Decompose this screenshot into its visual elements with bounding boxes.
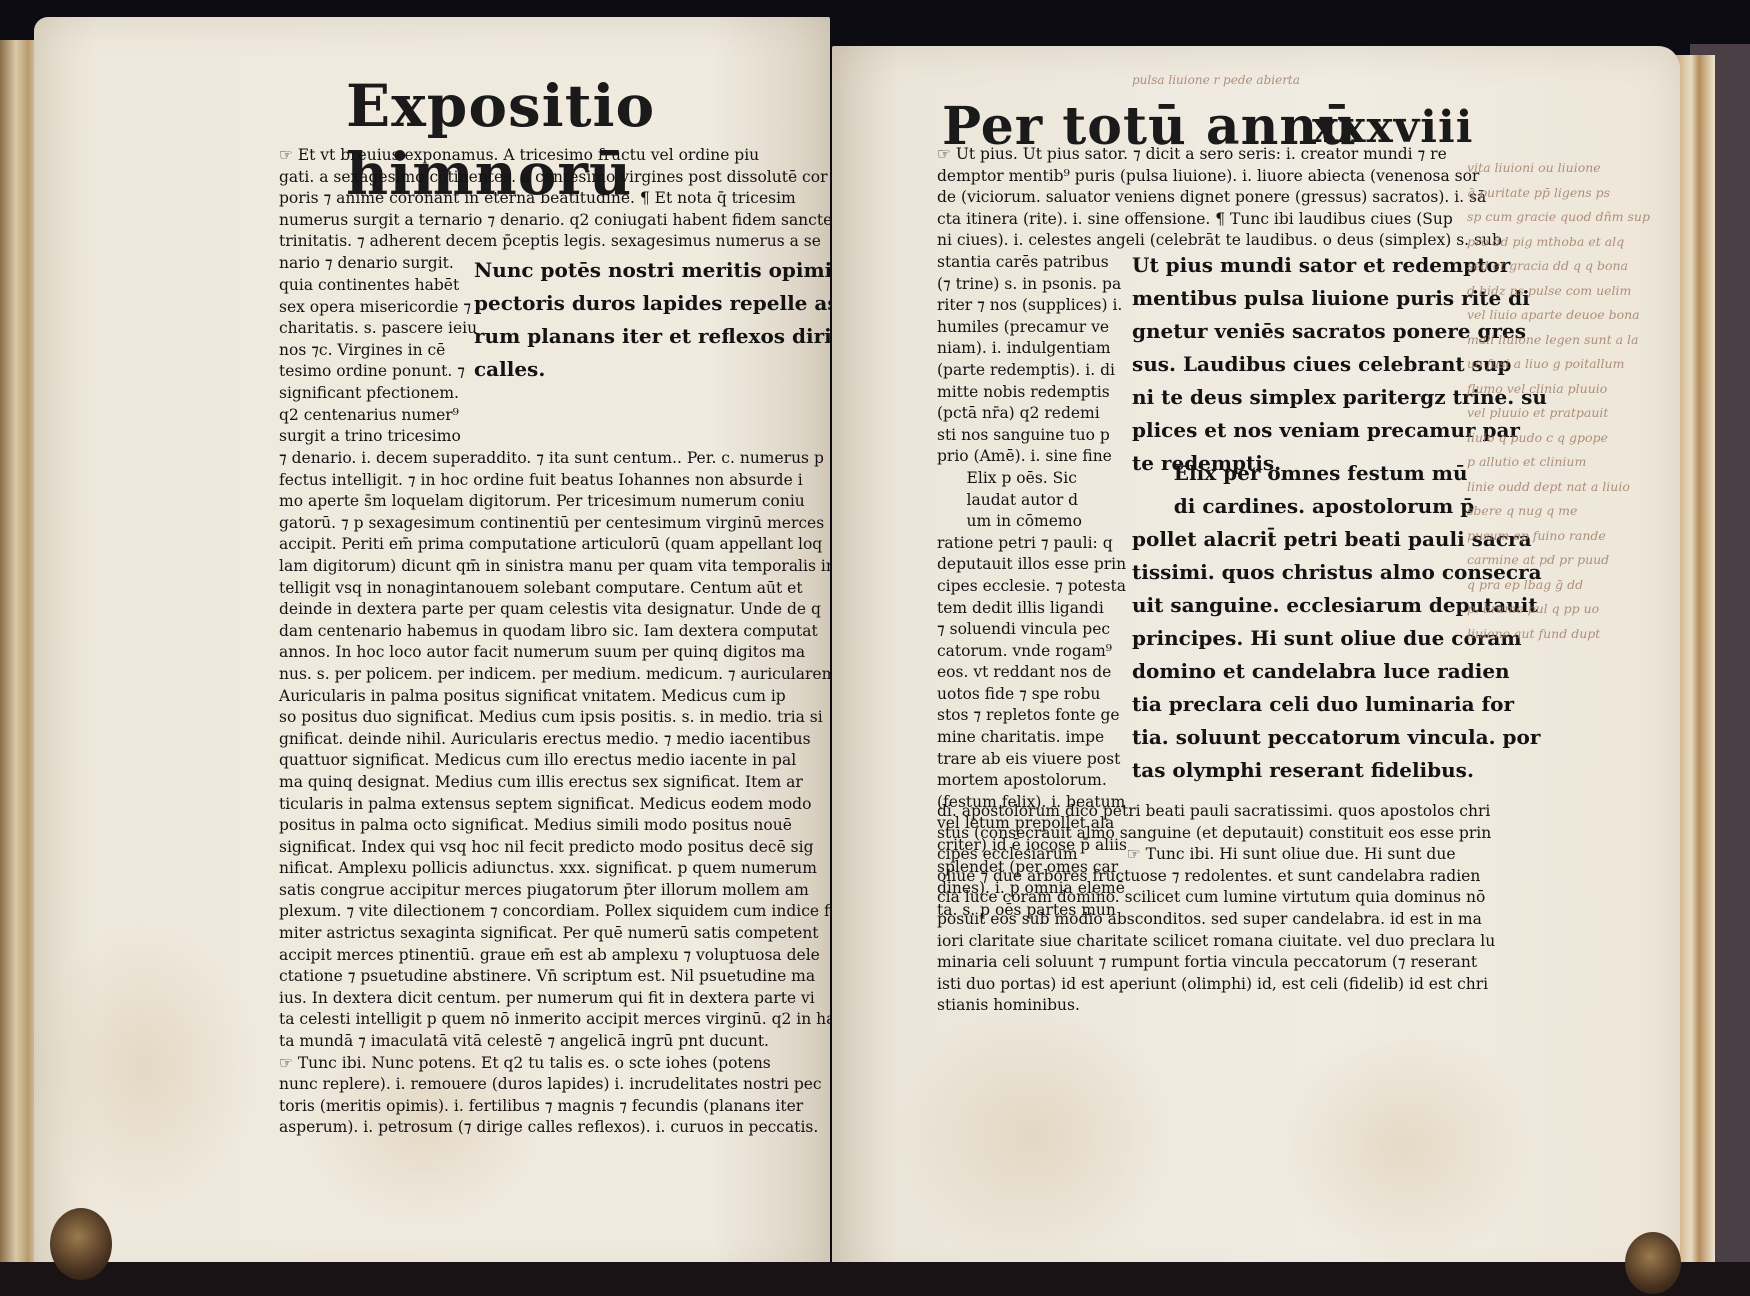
text-line: nificat. Amplexu pollicis adiunctus. xxx… xyxy=(279,858,863,880)
text-line: Auricularis in palma positus significat … xyxy=(279,686,863,708)
text-line: mine charitatis. impe xyxy=(937,727,1127,749)
text-line: ☞ Tunc ibi. Nunc potens. Et q2 tu talis … xyxy=(279,1053,863,1075)
commentary-main: ⁊ denario. i. decem superaddito. ⁊ ita s… xyxy=(279,448,863,1139)
text-line: carmine at pd pr puud xyxy=(1467,548,1650,573)
text-line: stus (consecrauit almo sanguine (et depu… xyxy=(937,823,1495,845)
text-line: minaria celi soluunt ⁊ rumpunt fortia vi… xyxy=(937,952,1495,974)
text-line: ta celesti intelligit p quem nō inmerito… xyxy=(279,1009,863,1031)
text-line: Elix p oēs. Sic xyxy=(937,468,1127,490)
text-line: linie oudd dept nat a liuio xyxy=(1467,475,1650,500)
text-line: p allutio et clinium xyxy=(1467,450,1650,475)
text-line: (⁊ trine) s. in psonis. pa xyxy=(937,274,1127,296)
text-line: sp cum gracie quod dñm sup xyxy=(1467,205,1650,230)
text-line: asperum). i. petrosum (⁊ dirige calles r… xyxy=(279,1117,863,1139)
text-line: annos. In hoc loco autor facit numerum s… xyxy=(279,642,863,664)
text-line: significat. Index qui vsq hoc nil fecit … xyxy=(279,837,863,859)
text-line: deinde in dextera parte per quam celesti… xyxy=(279,599,863,621)
book-fore-edge-right xyxy=(1675,55,1715,1280)
text-line: ratione petri ⁊ pauli: q xyxy=(937,533,1127,555)
text-line: demptor mentib⁹ puris (pulsa liuione). i… xyxy=(937,166,1502,188)
text-line: mali liuione legen sunt a la xyxy=(1467,328,1650,353)
text-line: di. apostolorum dico petri beati pauli s… xyxy=(937,801,1495,823)
text-line: vel liuio aparte deuoe bona xyxy=(1467,303,1650,328)
text-line: eos. vt reddant nos de xyxy=(937,662,1127,684)
text-line: gatorū. ⁊ p sexagesimum continentiū per … xyxy=(279,513,863,535)
text-line: pro dd pig mthoba et alq xyxy=(1467,230,1650,255)
text-line: liuione aut fund dupt xyxy=(1467,622,1650,647)
text-line: de (viciorum. saluator veniens dignet po… xyxy=(937,187,1502,209)
text-line: ☞ Et vt breuius exponamus. A tricesimo f… xyxy=(279,145,832,167)
text-line: uo fusi a liuo g poitallum xyxy=(1467,352,1650,377)
text-line: catorum. vnde rogam⁹ xyxy=(937,641,1127,663)
top-marginal-note: pulsa liuione r pede abierta xyxy=(1132,68,1300,93)
text-line: trinitatis. ⁊ adherent decem p̄ceptis le… xyxy=(279,231,832,253)
text-line: sti nos sanguine tuo p xyxy=(937,425,1127,447)
text-line: gnificat. deinde nihil. Auricularis erec… xyxy=(279,729,863,751)
text-line: nunc replere). i. remouere (duros lapide… xyxy=(279,1074,863,1096)
text-line: q̄ puritate pp̄ ligens ps xyxy=(1467,181,1650,206)
text-line: iori claritate siue charitate scilicet r… xyxy=(937,931,1495,953)
text-line: vel pluuio et pratpauit xyxy=(1467,401,1650,426)
text-line: sbere q nug q me xyxy=(1467,499,1650,524)
text-line: domino et candelabra luce radien xyxy=(1132,655,1542,688)
text-line: laudat autor d xyxy=(937,490,1127,512)
water-stain xyxy=(1272,1026,1532,1266)
water-stain xyxy=(892,1006,1172,1266)
text-line: quattuor significat. Medicus cum illo er… xyxy=(279,750,863,772)
text-line: ⁊ denario. i. decem superaddito. ⁊ ita s… xyxy=(279,448,863,470)
text-line: stos ⁊ repletos fonte ge xyxy=(937,705,1127,727)
text-line: nos ⁊c. Virgines in cē xyxy=(279,340,477,362)
text-line: gati. a sexagesimo cōtinentes. a centesi… xyxy=(279,167,832,189)
book-cradle-base xyxy=(0,1262,1750,1296)
text-line: Nunc potēs nostri meritis opimis xyxy=(474,254,865,287)
text-line: flumo vel clinia pluuio xyxy=(1467,377,1650,402)
text-line: prio (Amē). i. sine fine xyxy=(937,446,1127,468)
text-line: charitatis. s. pascere ieiu xyxy=(279,318,477,340)
text-line: um in cōmemo xyxy=(937,511,1127,533)
text-line: oliue ⁊ due arbores fructuose ⁊ redolent… xyxy=(937,866,1495,888)
text-line: quia continentes habēt xyxy=(279,275,477,297)
text-line: miter astrictus sexaginta significat. Pe… xyxy=(279,923,863,945)
text-line: mitte nobis redemptis xyxy=(937,382,1127,404)
text-line: q pra ep lbag ḡ dd xyxy=(1467,573,1650,598)
text-line: tia. soluunt peccatorum vincula. por xyxy=(1132,721,1542,754)
text-line: riter ⁊ nos (supplices) i. xyxy=(937,295,1127,317)
text-line: rum planans iter et reflexos dirige xyxy=(474,320,865,353)
text-line: ⁊ soluendi vincula pec xyxy=(937,619,1127,641)
book-cradle-knob-right xyxy=(1625,1232,1681,1294)
text-line: nus. s. per policem. per indicem. per me… xyxy=(279,664,863,686)
handwritten-marginalia: vita liuioni ou liuioneq̄ puritate pp̄ l… xyxy=(1467,156,1650,646)
text-line: ta mundā ⁊ imaculatā vitā celestē ⁊ ange… xyxy=(279,1031,863,1053)
text-line: isti duo portas) id est aperiunt (olimph… xyxy=(937,974,1495,996)
text-line: niam). i. indulgentiam xyxy=(937,338,1127,360)
text-line: (parte redemptis). i. di xyxy=(937,360,1127,382)
text-line: vita liuioni ou liuione xyxy=(1467,156,1650,181)
text-line: p. brame pul q pp uo xyxy=(1467,597,1650,622)
hymn-text: Nunc potēs nostri meritis opimispectoris… xyxy=(474,254,865,386)
text-line: toris (meritis opimis). i. fertilibus ⁊ … xyxy=(279,1096,863,1118)
right-page: pulsa liuione r pede abierta Per totū an… xyxy=(832,46,1680,1286)
text-line: satis congrue accipitur merces piugatoru… xyxy=(279,880,863,902)
text-line: q2 centenarius numer⁹ xyxy=(279,405,477,427)
text-line: accipit merces ptinentiū. graue em̄ est … xyxy=(279,945,863,967)
text-line: tesimo ordine ponunt. ⁊ xyxy=(279,361,477,383)
text-line: stianis hominibus. xyxy=(937,995,1495,1017)
text-line: pectoris duros lapides repelle aspe xyxy=(474,287,865,320)
text-line: cipes ecclesie. ⁊ potesta xyxy=(937,576,1127,598)
text-line: significant pfectionem. xyxy=(279,383,477,405)
text-line: sex opera misericordie ⁊ xyxy=(279,297,477,319)
text-line: ctatione ⁊ psuetudine abstinere. Vn̄ scr… xyxy=(279,966,863,988)
text-line: numerus surgit a ternario ⁊ denario. q2 … xyxy=(279,210,832,232)
text-line: calles. xyxy=(474,353,865,386)
text-line: lam digitorum) dicunt qm̄ in sinistra ma… xyxy=(279,556,863,578)
text-line: cia luce coram domino. scilicet cum lumi… xyxy=(937,887,1495,909)
text-line: ☞ Ut pius. Ut pius sator. ⁊ dicit a sero… xyxy=(937,144,1502,166)
text-line: poris ⁊ anime coronant in eterna beatitu… xyxy=(279,188,832,210)
text-line: deputauit illos esse prin xyxy=(937,554,1127,576)
text-line: tem dedit illis ligandi xyxy=(937,598,1127,620)
text-line: stantia carēs patribus xyxy=(937,252,1127,274)
text-line: pusum ep fuino rande xyxy=(1467,524,1650,549)
text-line: dam centenario habemus in quodam libro s… xyxy=(279,621,863,643)
text-line: ma quinq designat. Medius cum illis erec… xyxy=(279,772,863,794)
text-line: surgit a trino tricesimo xyxy=(279,426,477,448)
text-line: ius. In dextera dicit centum. per numeru… xyxy=(279,988,863,1010)
text-line: cta itinera (rite). i. sine offensione. … xyxy=(937,209,1502,231)
text-line: so positus duo significat. Medius cum ip… xyxy=(279,707,863,729)
text-line: humiles (precamur ve xyxy=(937,317,1127,339)
text-line: cipes ecclesiarum ☞ Tunc ibi. Hi sunt ol… xyxy=(937,844,1495,866)
water-stain xyxy=(34,917,254,1217)
text-line: (pctā nr̄a) q2 redemi xyxy=(937,403,1127,425)
text-line: liuio q pudo c q gpope xyxy=(1467,426,1650,451)
text-line: uotos fide ⁊ spe robu xyxy=(937,684,1127,706)
commentary-bottom: di. apostolorum dico petri beati pauli s… xyxy=(937,801,1495,1017)
text-line: ticularis in palma extensus septem signi… xyxy=(279,794,863,816)
text-line: mortem apostolorum. xyxy=(937,770,1127,792)
text-line: mo aperte s̄m loquelam digitorum. Per tr… xyxy=(279,491,863,513)
text-line: fectus intelligit. ⁊ in hoc ordine fuit … xyxy=(279,470,863,492)
text-line: telligit vsq in nonagintanouem solebant … xyxy=(279,578,863,600)
commentary-narrow-column: quia continentes habētsex opera miserico… xyxy=(279,275,477,448)
text-line: trare ab eis viuere post xyxy=(937,749,1127,771)
left-page: Expositio himnorū ☞ Et vt breuius expona… xyxy=(34,17,830,1279)
text-line: sed et gracia dd q q bona xyxy=(1467,254,1650,279)
text-line: d bidz ps pulse com uelim xyxy=(1467,279,1650,304)
text-line: posuit eos sub modio absconditos. sed su… xyxy=(937,909,1495,931)
text-line: plexum. ⁊ vite dilectionem ⁊ concordiam.… xyxy=(279,901,863,923)
text-line: tas olymphi reserant fidelibus. xyxy=(1132,754,1542,787)
text-line: tia preclara celi duo luminaria for xyxy=(1132,688,1542,721)
text-line: positus in palma octo significat. Medius… xyxy=(279,815,863,837)
book-cradle-knob-left xyxy=(50,1208,112,1280)
text-line: accipit. Periti em̄ prima computatione a… xyxy=(279,534,863,556)
commentary-top: ☞ Ut pius. Ut pius sator. ⁊ dicit a sero… xyxy=(937,144,1502,252)
